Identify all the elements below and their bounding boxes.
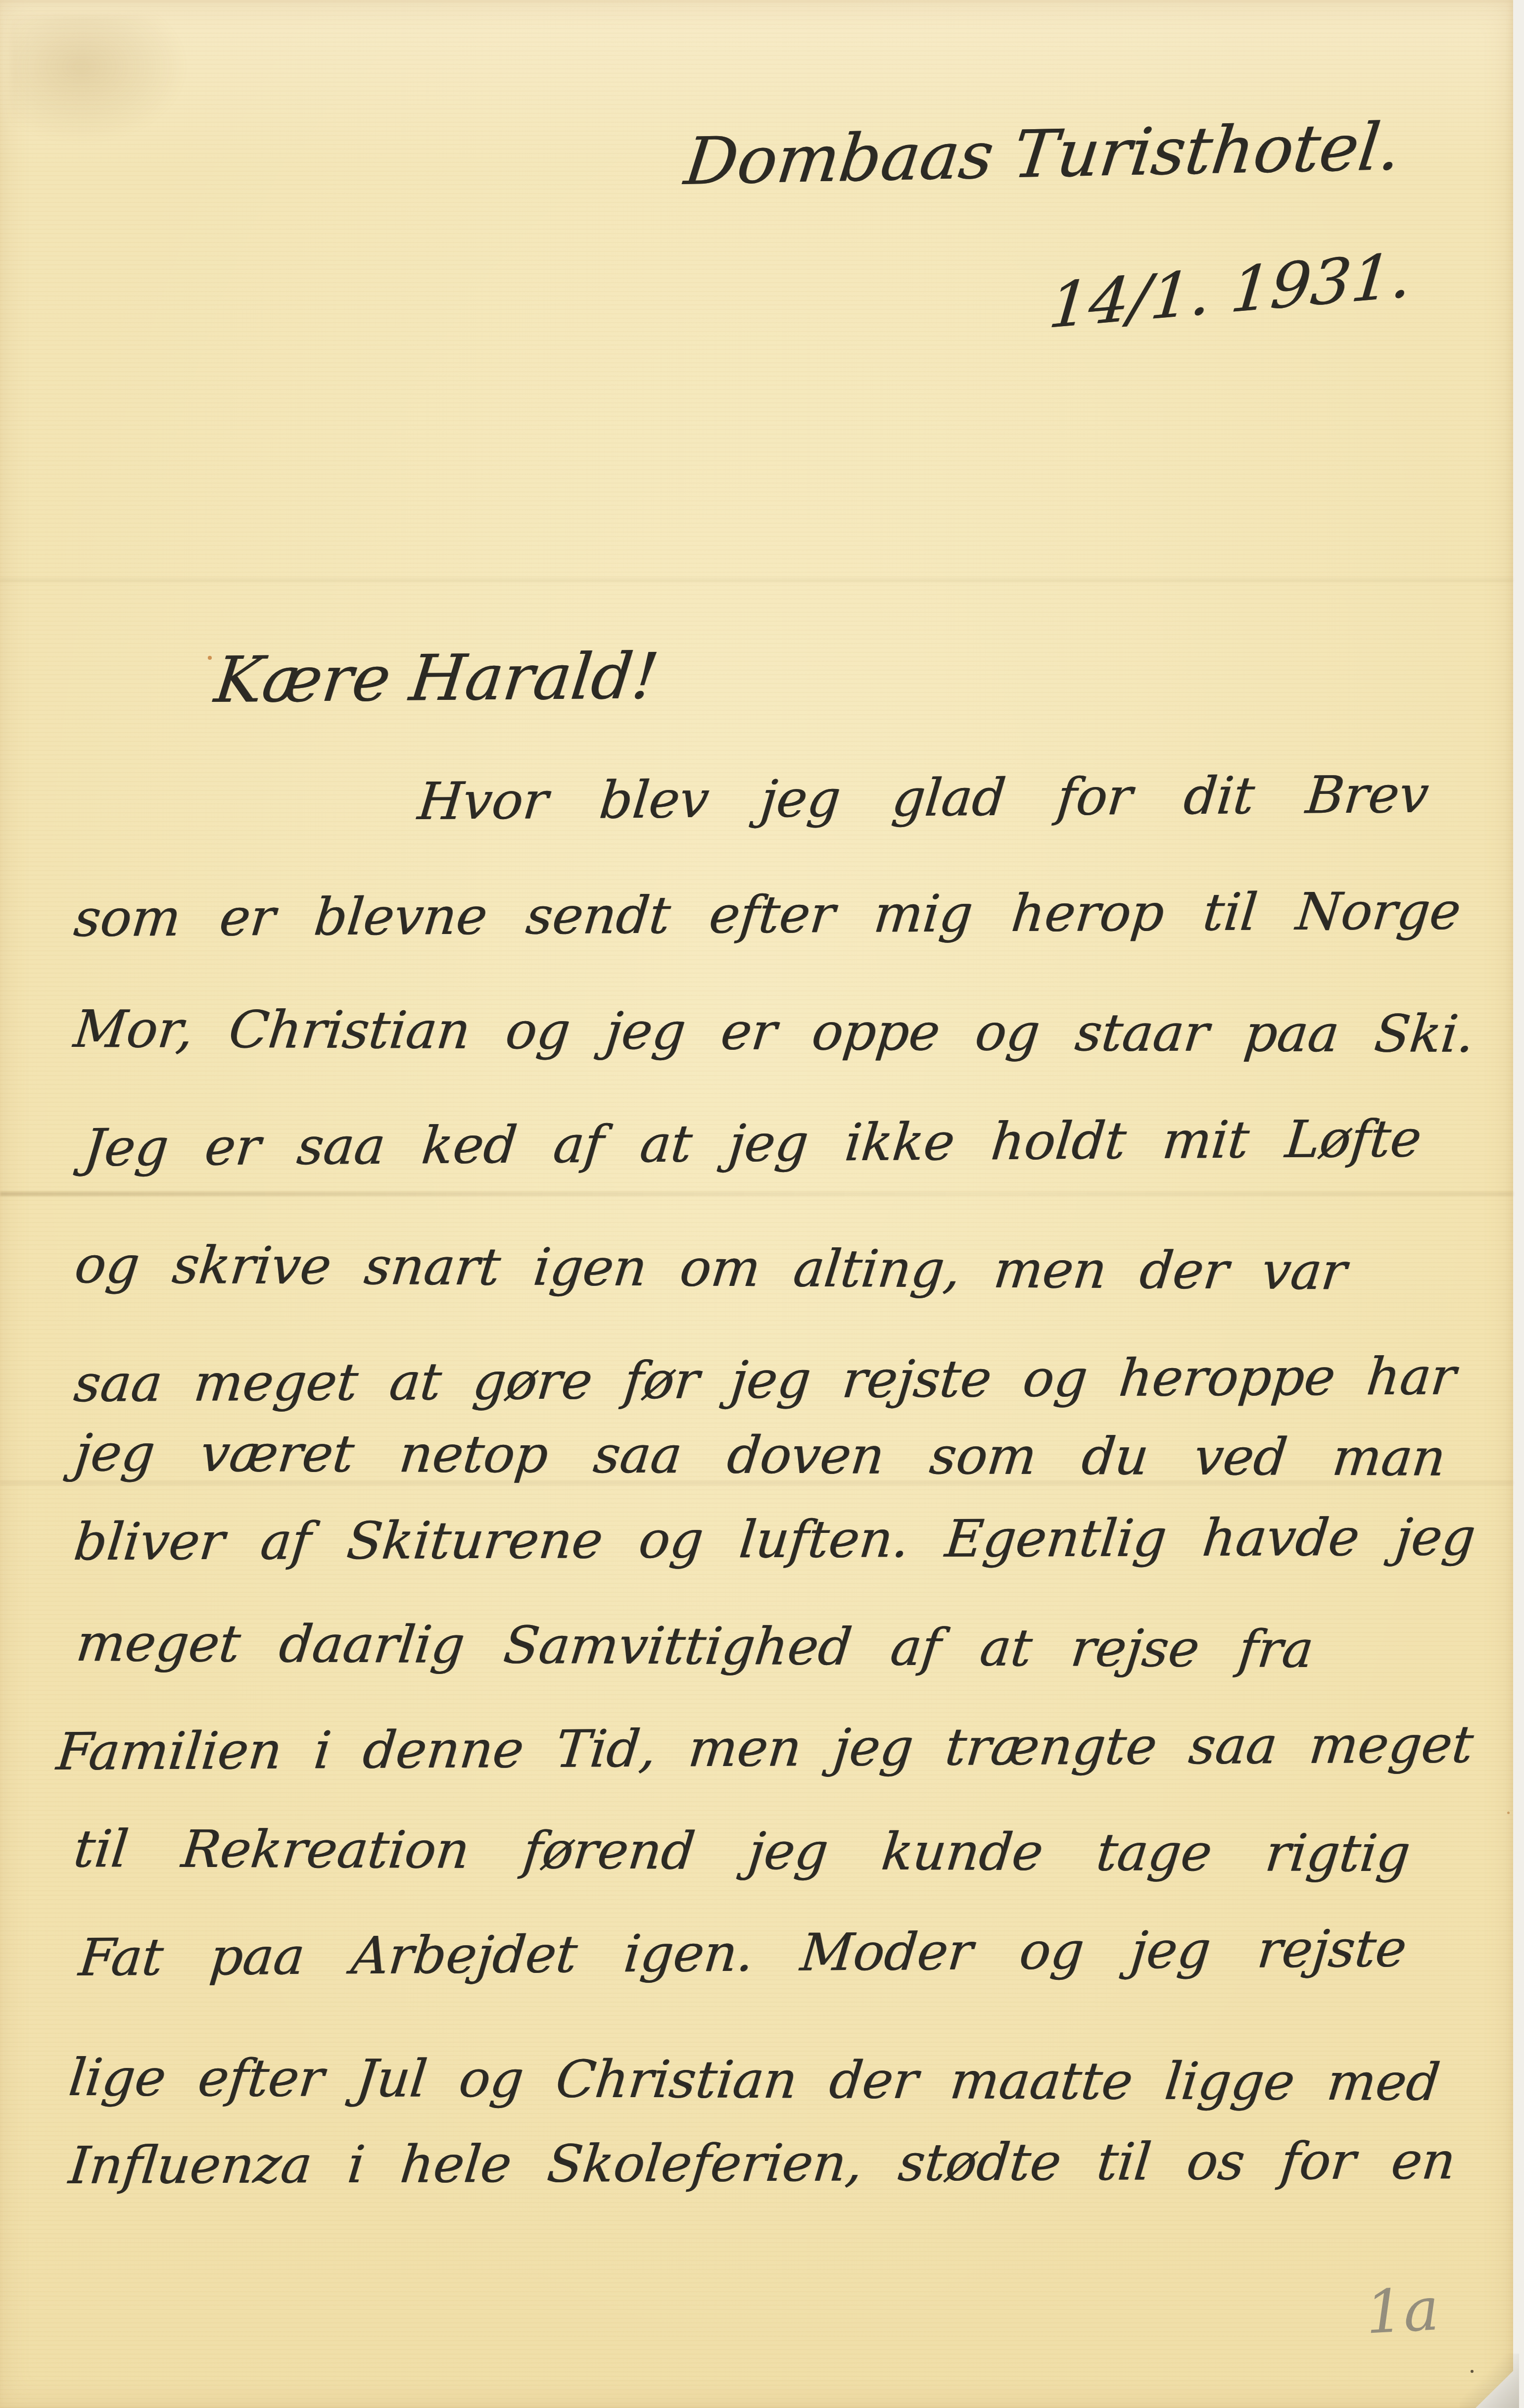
paper-stain <box>10 15 188 144</box>
letter-line-13: lige efter Jul og Christian der maatte l… <box>66 2049 1442 2111</box>
letter-line-4: Jeg er saa ked af at jeg ikke holdt mit … <box>81 1110 1424 1176</box>
letter-line-12: Fat paa Arbejdet igen. Moder og jeg rejs… <box>76 1920 1409 1986</box>
scan-background: Dombaas Turisthotel. 14/1. 1931. Kære Ha… <box>0 0 1524 2408</box>
letter-line-10: Familien i denne Tid, men jeg trængte sa… <box>54 1716 1476 1780</box>
paper-speck <box>208 656 212 660</box>
pencil-page-number: 1a <box>1364 2275 1440 2348</box>
paper-speck <box>1471 2370 1474 2373</box>
paper-speck <box>1507 1812 1510 1814</box>
letter-line-14: Influenza i hele Skoleferien, stødte til… <box>66 2132 1458 2194</box>
letter-line-2: som er blevne sendt efter mig herop til … <box>71 883 1463 946</box>
letter-line-1: Hvor blev jeg glad for dit Brev <box>415 766 1431 830</box>
salutation: Kære Harald! <box>211 639 662 717</box>
letter-line-11: til Rekreation førend jeg kunde tage rig… <box>71 1820 1413 1882</box>
letter-line-8: bliver af Skiturene og luften. Egentlig … <box>71 1509 1478 1570</box>
letter-paper <box>0 0 1513 2408</box>
letter-line-9: meget daarlig Samvittighed af at rejse f… <box>74 1615 1316 1677</box>
letter-line-7: jeg været netop saa doven som du ved man <box>72 1425 1448 1486</box>
heading-place: Dombaas Turisthotel. <box>681 109 1405 200</box>
letter-line-6: saa meget at gøre før jeg rejste og hero… <box>71 1348 1458 1412</box>
letter-line-5: og skrive snart igen om alting, men der … <box>72 1236 1349 1300</box>
letter-line-3: Mor, Christian og jeg er oppe og staar p… <box>71 1001 1477 1062</box>
